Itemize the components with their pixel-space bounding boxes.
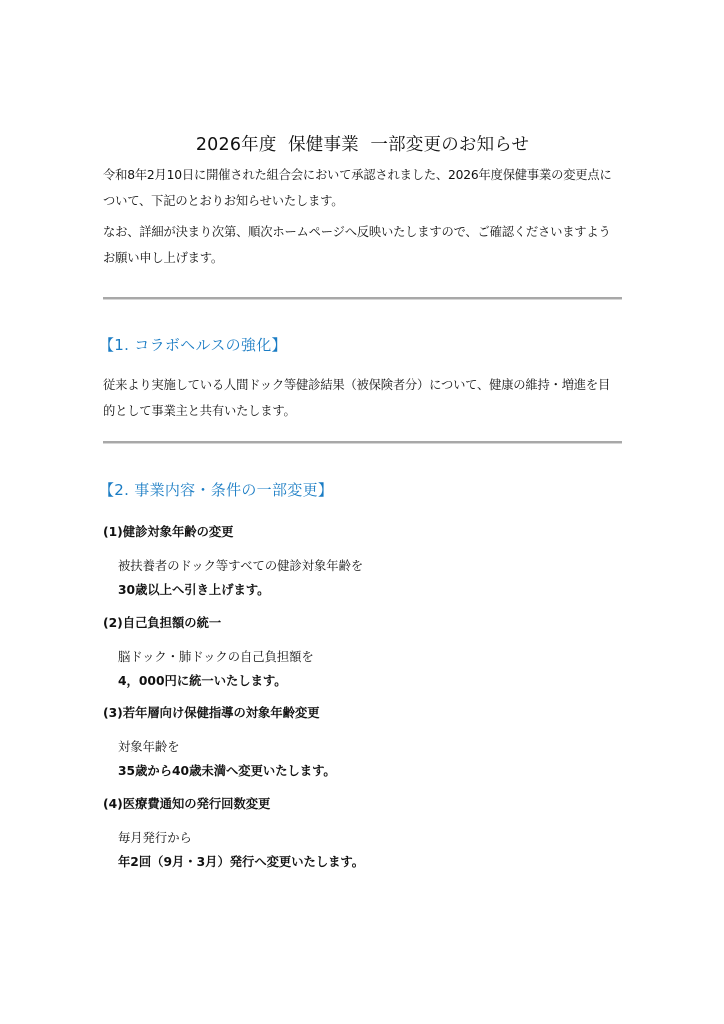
section-1-body: 従来より実施している人間ドック等健診結果（被保険者分）について、健康の維持・増進… [103,372,622,424]
change-item-result: 35歳から40歳未満へ変更いたします。 [118,761,336,779]
section-divider [103,441,622,444]
change-item-detail: 毎月発行から [118,828,192,846]
change-item-detail: 対象年齢を [118,737,180,755]
section-divider [103,297,622,300]
change-item-heading: (2)自己負担額の統一 [103,613,221,631]
change-item-result: 年2回（9月・3月）発行へ変更いたします。 [118,852,364,870]
change-item-heading: (1)健診対象年齢の変更 [103,522,233,540]
section-heading-business-changes: 【2. 事業内容・条件の一部変更】 [99,479,333,500]
section-heading-collabo-health: 【1. コラボヘルスの強化】 [99,334,287,355]
page-title: 2026年度 保健事業 一部変更のお知らせ [103,131,622,156]
intro-paragraph-1: 令和8年2月10日に開催された組合会において承認されました、2026年度保健事業… [103,162,622,214]
change-item-heading: (4)医療費通知の発行回数変更 [103,794,270,812]
change-item-result: 4，000円に統一いたします。 [118,671,287,689]
change-item-detail: 脳ドック・肺ドックの自己負担額を [118,647,314,665]
change-item-detail: 被扶養者のドック等すべての健診対象年齢を [118,556,363,574]
change-item-result: 30歳以上へ引き上げます。 [118,580,269,598]
change-item-heading: (3)若年層向け保健指導の対象年齢変更 [103,703,320,721]
intro-paragraph-2: なお、詳細が決まり次第、順次ホームページへ反映いたしますので、ご確認くださいます… [103,219,622,271]
